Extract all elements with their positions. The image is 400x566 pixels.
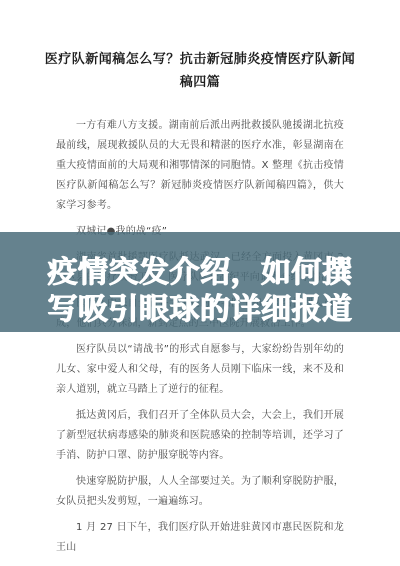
article-title: 医疗队新闻稿怎么写？抗击新冠肺炎疫情医疗队新闻 稿四篇 xyxy=(40,48,360,94)
article-page: 医疗队新闻稿怎么写？抗击新冠肺炎疫情医疗队新闻 稿四篇 一方有难八方支援。湖南前… xyxy=(0,0,400,566)
paragraph-volunteers: 医疗队员以“请战书”的形式自愿参与，大家纷纷告别年幼的儿女、家中爱人和父母，有的… xyxy=(56,340,344,400)
banner-headline-line2: 写吸引眼球的详细报道 xyxy=(0,291,400,328)
paragraph-training: 抵达黄冈后，我们召开了全体队员大会，大会上，我们开展了新型冠状病毒感染的肺炎和医… xyxy=(56,406,344,466)
paragraph-intro: 一方有难八方支援。湖南前后派出两批救援队驰援湖北抗疫最前线，展现救援队员的大无畏… xyxy=(56,116,344,216)
paragraph-ppe-practice: 快速穿脱防护服，人人全部要过关。为了顺利穿脱防护服，女队员把头发剪短，一遍遍练习… xyxy=(56,472,344,512)
article-body: 一方有难八方支援。湖南前后派出两批救援队驰援湖北抗疫最前线，展现救援队员的大无畏… xyxy=(56,116,344,558)
article-title-line2: 稿四篇 xyxy=(40,71,360,94)
paragraph-hospital-entry: 1 月 27 日下午，我们医疗队开始进驻黄冈市惠民医院和龙王山 xyxy=(56,518,344,558)
banner-headline-line1: 疫情突发介绍，如何撰 xyxy=(0,254,400,291)
article-title-line1: 医疗队新闻稿怎么写？抗击新冠肺炎疫情医疗队新闻 xyxy=(40,48,360,71)
headline-banner-overlay: 疫情突发介绍，如何撰 写吸引眼球的详细报道 xyxy=(0,232,400,332)
